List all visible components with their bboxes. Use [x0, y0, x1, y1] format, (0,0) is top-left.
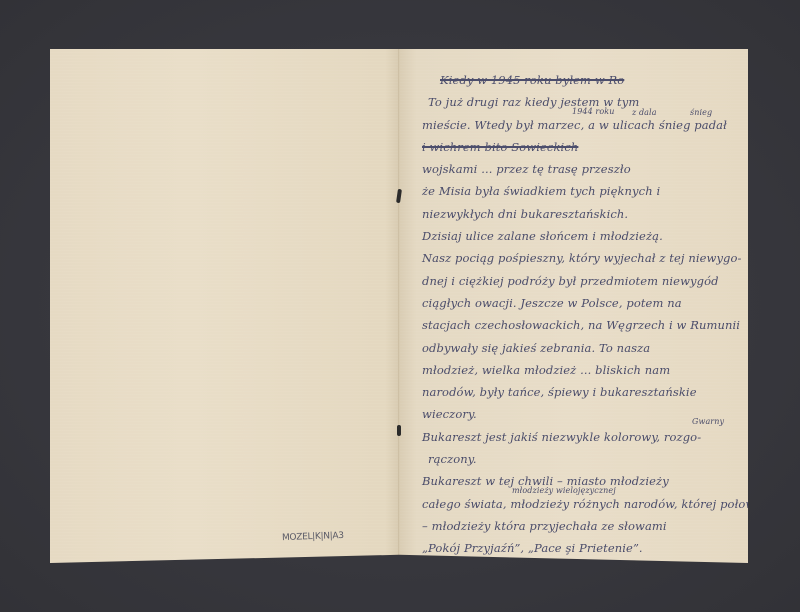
- handwritten-line: Dzisiaj ulice zalane słońcem i młodzieżą…: [422, 225, 742, 247]
- center-fold: [398, 49, 400, 563]
- handwritten-line: stacjach czechosłowackich, na Węgrzech i…: [422, 314, 742, 336]
- handwritten-line-text: całego świata, młodzieży różnych narodów…: [422, 497, 762, 511]
- handwritten-line-struck: Kiedy w 1945 roku byłem w Ro: [422, 69, 742, 91]
- handwritten-text: Kiedy w 1945 roku byłem w Ro To już drug…: [422, 69, 742, 560]
- scan-background: MOZEL|K|N|A3 Kiedy w 1945 roku byłem w R…: [0, 0, 800, 612]
- handwritten-line: dnej i ciężkiej podróży był przedmiotem …: [422, 270, 742, 292]
- handwritten-line: mieście. Wtedy był marzec, a w ulicach ś…: [422, 114, 742, 136]
- interlinear-note: młodzieży wielojęzycznej: [512, 487, 616, 495]
- handwritten-line: „Pokój Przyjaźń”, „Pace şi Prietenie”.: [422, 537, 742, 559]
- interlinear-note: Gwarny: [692, 418, 724, 426]
- interlinear-note: z dala: [632, 109, 657, 117]
- handwritten-line: całego świata, młodzieży różnych narodów…: [422, 493, 742, 515]
- handwritten-line: Bukareszt jest jakiś niezwykle kolorowy,…: [422, 426, 742, 448]
- handwritten-line-struck: i wichrem bito Sowieckich: [422, 136, 742, 158]
- handwritten-line-text: mieście. Wtedy był marzec, a w ulicach ś…: [422, 118, 727, 132]
- handwritten-line: Nasz pociąg pośpieszny, który wyjechał z…: [422, 247, 742, 269]
- handwritten-line: niezwykłych dni bukaresztańskich.: [422, 203, 742, 225]
- staple-hole-bottom: [397, 425, 401, 436]
- interlinear-note: 1944 roku: [572, 108, 614, 116]
- handwritten-line: rączony.: [422, 448, 742, 470]
- interlinear-note: śnieg: [690, 109, 712, 117]
- handwritten-line-text: Bukareszt jest jakiś niezwykle kolorowy,…: [422, 430, 701, 444]
- handwritten-line: narodów, były tańce, śpiewy i bukareszta…: [422, 381, 742, 403]
- handwritten-line: młodzież, wielka młodzież ... bliskich n…: [422, 359, 742, 381]
- handwritten-line: wojskami ... przez tę trasę przeszło: [422, 158, 742, 180]
- left-page: MOZEL|K|N|A3: [50, 49, 399, 563]
- manuscript-sheet: MOZEL|K|N|A3 Kiedy w 1945 roku byłem w R…: [50, 49, 748, 563]
- handwritten-line: – młodzieży która przyjechała ze słowami: [422, 515, 742, 537]
- archive-annotation: MOZEL|K|N|A3: [282, 531, 344, 543]
- handwritten-line: odbywały się jakieś zebrania. To nasza: [422, 337, 742, 359]
- handwritten-line: ciągłych owacji. Jeszcze w Polsce, potem…: [422, 292, 742, 314]
- handwritten-line: że Misia była świadkiem tych pięknych i: [422, 180, 742, 202]
